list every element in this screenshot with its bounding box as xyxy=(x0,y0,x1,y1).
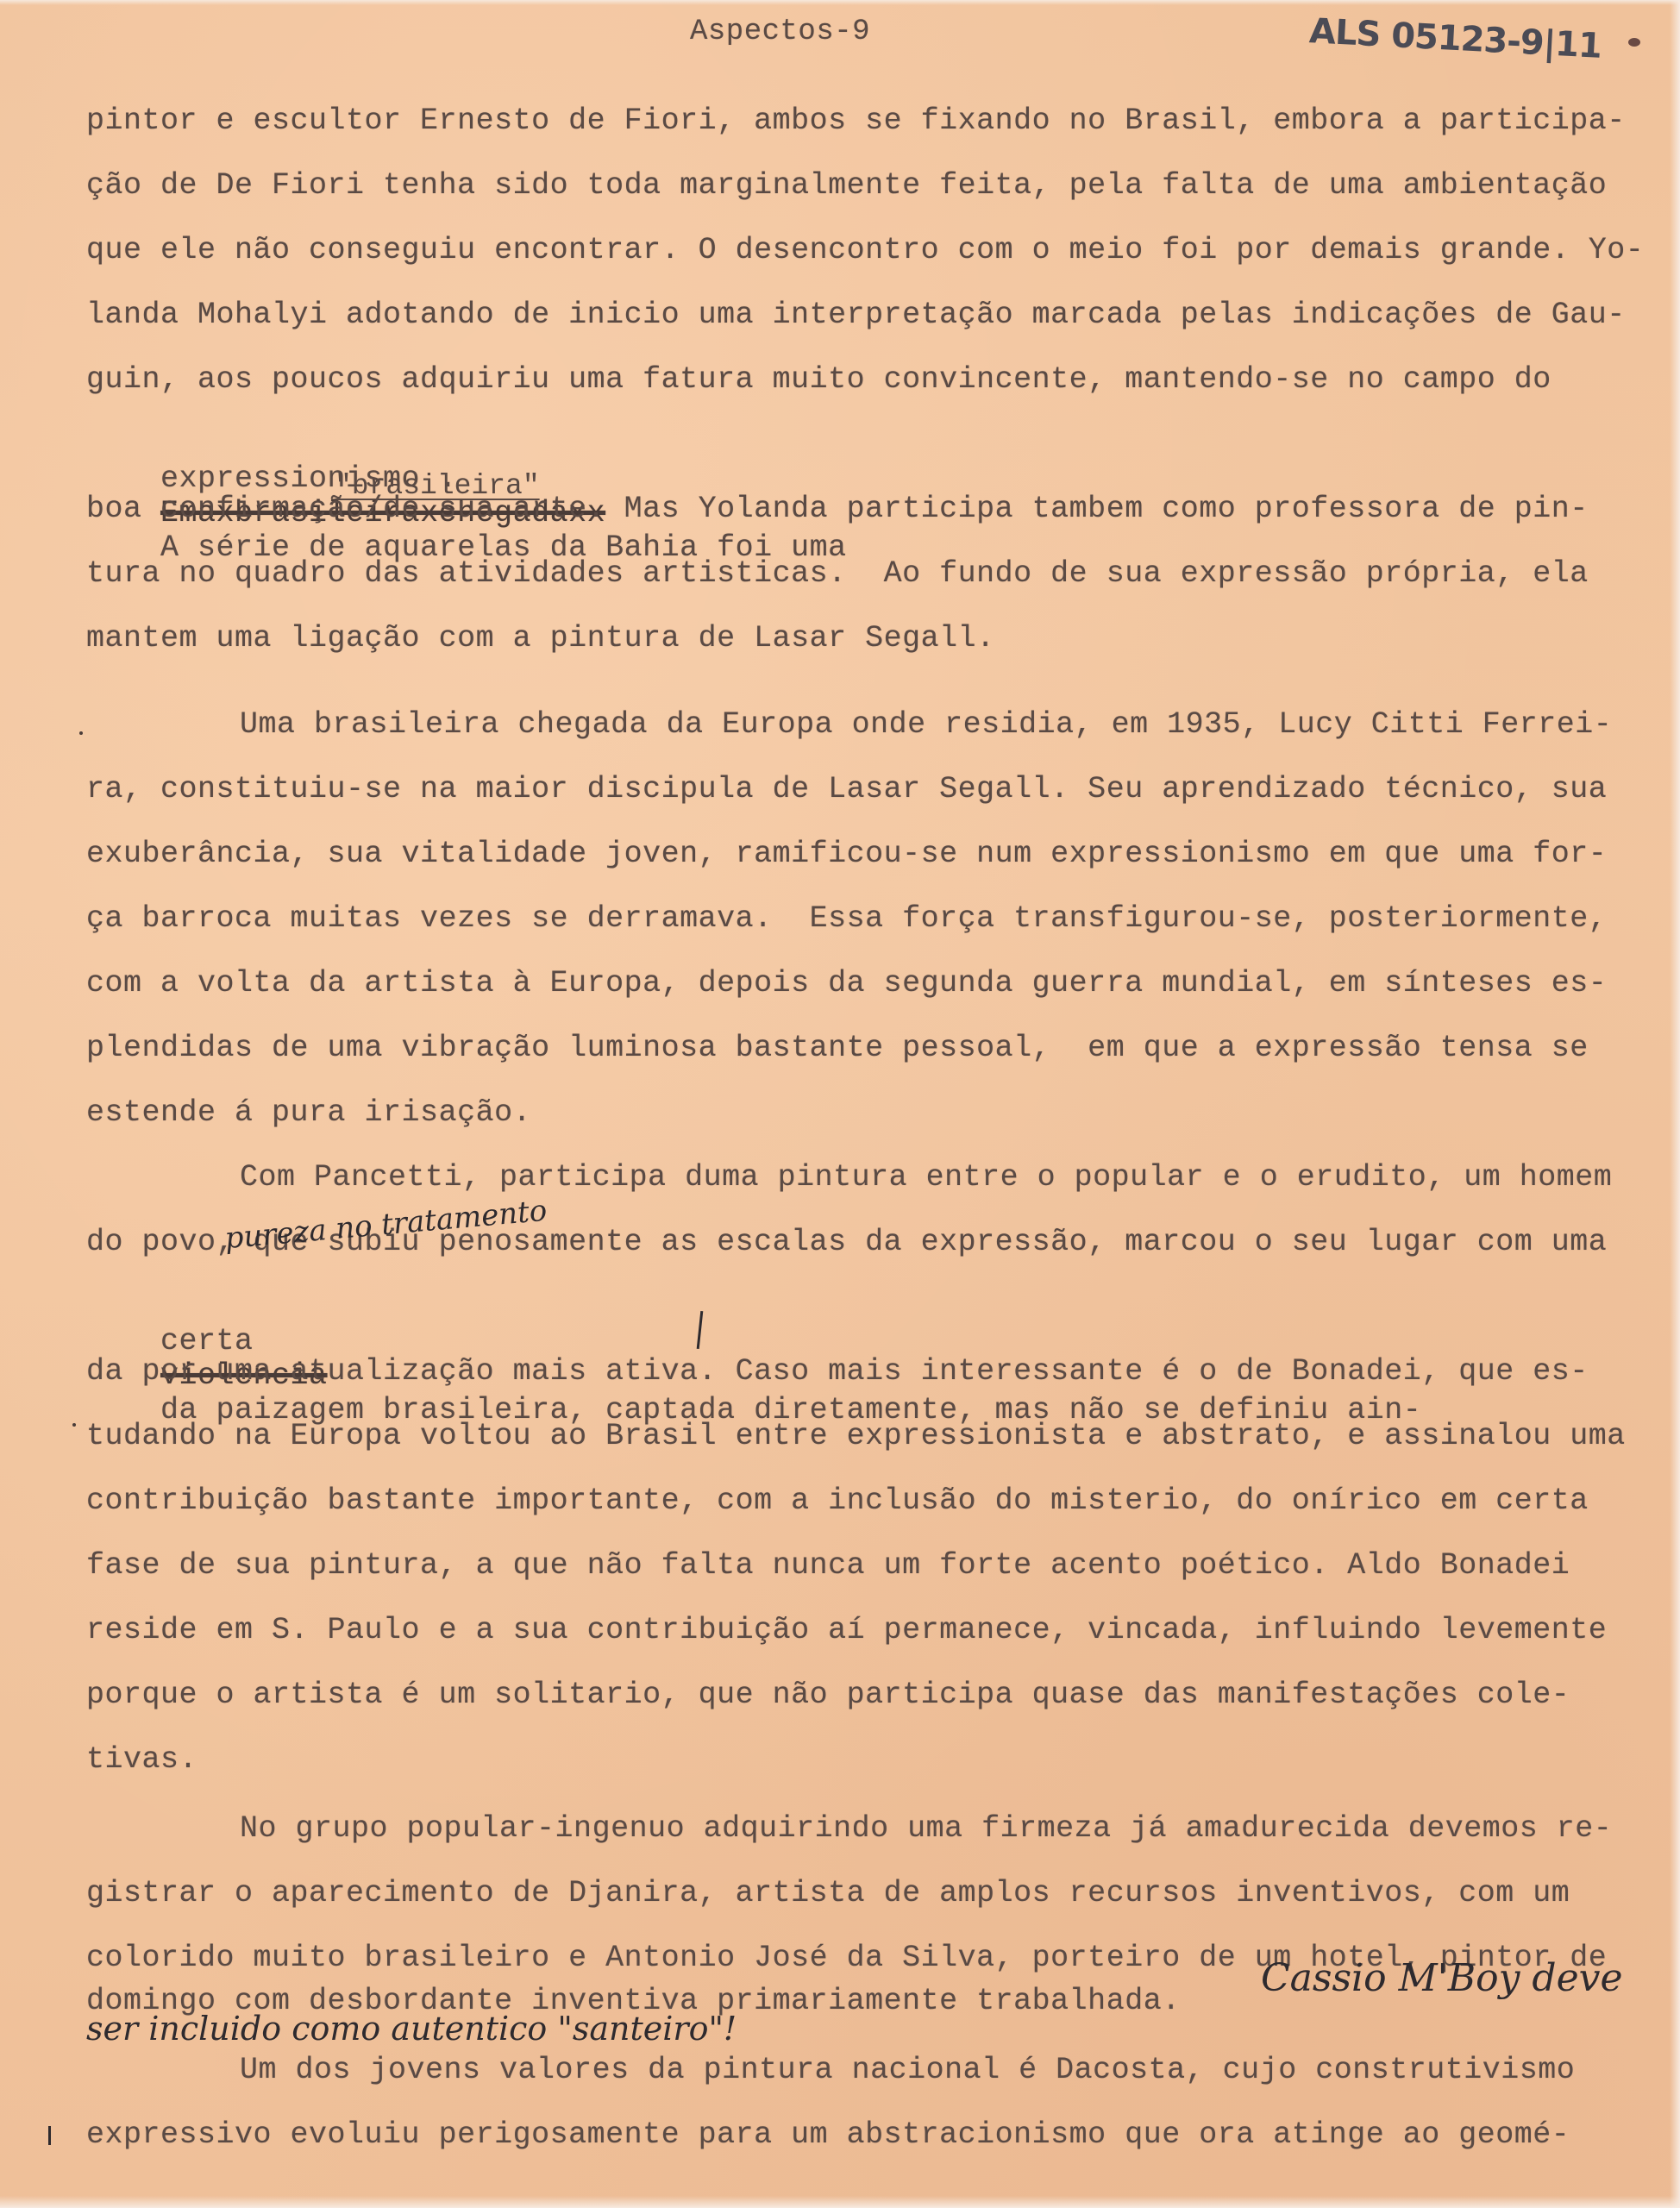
text-line: tudando na Europa voltou ao Brasil entre… xyxy=(86,1419,1626,1453)
text-line: ça barroca muitas vezes se derramava. Es… xyxy=(86,901,1607,936)
text-line: reside em S. Paulo e a sua contribuição … xyxy=(86,1613,1607,1647)
text-line: contribuição bastante importante, com a … xyxy=(86,1483,1589,1518)
typewritten-page: Aspectos-9 ALS 05123-9|11 pintor e escul… xyxy=(0,0,1680,2208)
text-line: ção de De Fiori tenha sido toda marginal… xyxy=(86,168,1607,203)
text-line: guin, aos poucos adquiriu uma fatura mui… xyxy=(86,362,1551,397)
ink-dot-mark xyxy=(1628,38,1640,47)
paper-top-edge xyxy=(0,0,1680,5)
text-line: tivas. xyxy=(86,1742,197,1777)
text-line: Um dos jovens valores da pintura naciona… xyxy=(240,2053,1575,2087)
margin-mark xyxy=(72,1423,76,1427)
margin-mark xyxy=(79,731,83,735)
page-title: Aspectos-9 xyxy=(690,16,870,48)
text-line: porque o artista é um solitario, que não… xyxy=(86,1678,1570,1712)
text-line: da por uma atualização mais ativa. Caso … xyxy=(86,1354,1589,1389)
text-line: mantem uma ligação com a pintura de Lasa… xyxy=(86,621,995,655)
text-line: Uma brasileira chegada da Europa onde re… xyxy=(240,707,1612,742)
text-line: com a volta da artista à Europa, depois … xyxy=(86,966,1607,1000)
text-line: No grupo popular-ingenuo adquirindo uma … xyxy=(240,1811,1612,1846)
text-segment: certa xyxy=(160,1324,254,1358)
paper-right-edge xyxy=(1670,0,1680,2208)
archive-reference-stamp: ALS 05123-9|11 xyxy=(1308,11,1602,66)
text-line: estende á pura irisação. xyxy=(86,1095,531,1130)
text-line: landa Mohalyi adotando de inicio uma int… xyxy=(86,298,1626,332)
text-line: tura no quadro das atividades artisticas… xyxy=(86,556,1589,591)
text-line: plendidas de uma vibração luminosa basta… xyxy=(86,1031,1589,1065)
text-line: que ele não conseguiu encontrar. O desen… xyxy=(86,233,1644,267)
text-line: pintor e escultor Ernesto de Fiori, ambo… xyxy=(86,103,1626,138)
text-line: boa confirmação/de sua arte. Mas Yolanda… xyxy=(86,492,1589,526)
text-line: fase de sua pintura, a que não falta nun… xyxy=(86,1548,1570,1583)
text-line: ra, constituiu-se na maior discipula de … xyxy=(86,772,1607,806)
text-line: exuberância, sua vitalidade joven, ramif… xyxy=(86,837,1607,871)
handwritten-note: Cassio M'Boy deve xyxy=(1261,1956,1623,2000)
paper-bottom-edge xyxy=(0,2196,1680,2208)
handwritten-note: ser incluido como autentico "santeiro"! xyxy=(86,2010,737,2048)
text-line: gistrar o aparecimento de Djanira, artis… xyxy=(86,1876,1570,1910)
text-line: expressivo evoluiu perigosamente para um… xyxy=(86,2117,1570,2152)
text-line: Com Pancetti, participa duma pintura ent… xyxy=(240,1160,1612,1195)
margin-mark xyxy=(48,2126,51,2145)
